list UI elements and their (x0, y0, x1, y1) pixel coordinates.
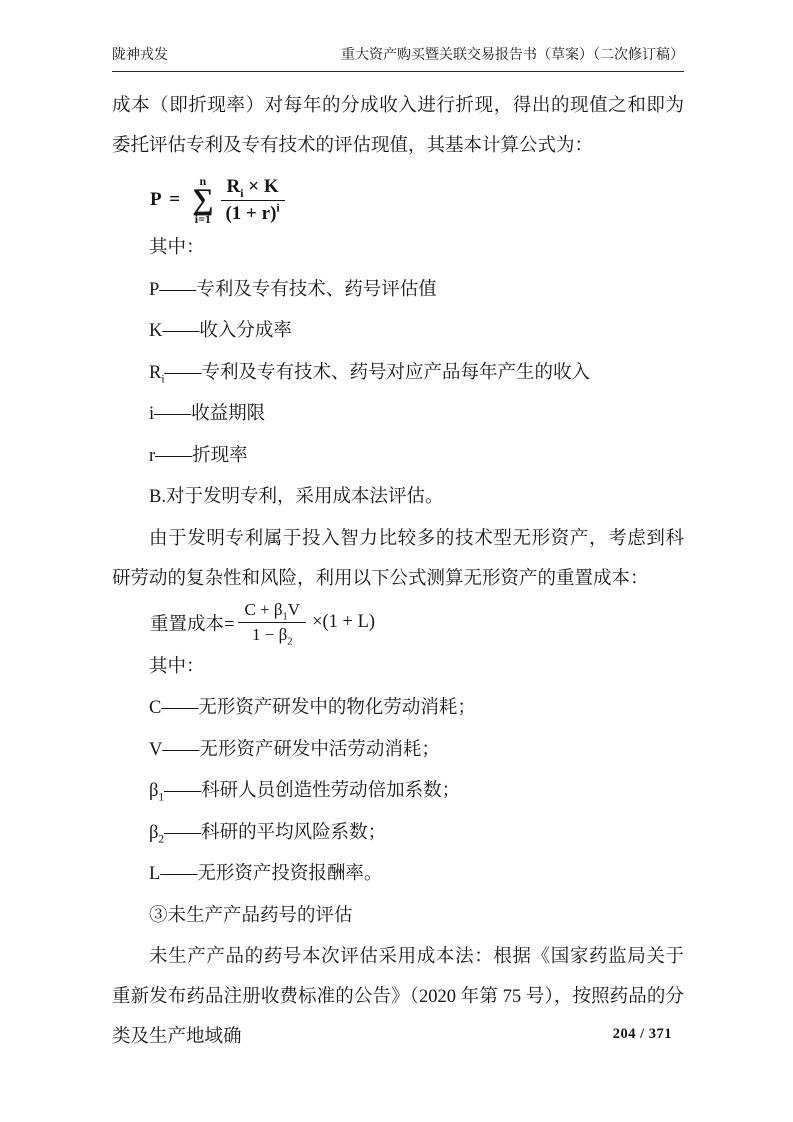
definition-item-K: K——收入分成率 (112, 311, 684, 353)
page-number: 204 / 371 (613, 1026, 672, 1043)
definition-item-beta1: β1——科研人员创造性劳动倍加系数； (112, 771, 684, 813)
definition-item-beta2: β2——科研的平均风险系数； (112, 813, 684, 855)
document-page: 陇神戎发 重大资产购买暨关联交易报告书（草案）（二次修订稿） 成本（即折现率）对… (0, 0, 793, 1122)
header-report-title: 重大资产购买暨关联交易报告书（草案）（二次修订稿） (341, 46, 684, 66)
summation-symbol: n ∑ i=1 (192, 175, 213, 225)
fraction: C + β1V 1 − β2 (238, 600, 306, 644)
definition-item-Ri: Ri——专利及专有技术、药号对应产品每年产生的收入 (112, 353, 684, 395)
sigma-icon: ∑ (192, 187, 213, 213)
item-B-cost-method: B.对于发明专利，采用成本法评估。 (112, 477, 684, 519)
formula-lhs: 重置成本= (150, 610, 234, 636)
formula-replacement-cost: 重置成本= C + β1V 1 − β2 ×(1 + L) (150, 599, 684, 647)
sum-lower-limit: i=1 (195, 213, 211, 225)
definition-item-i: i——收益期限 (112, 394, 684, 436)
definition-item-L: L——无形资产投资报酬率。 (112, 854, 684, 896)
formula-lhs: P = (150, 189, 182, 211)
paragraph-invention-patent: 由于发明专利属于投入智力比较多的技术型无形资产，考虑到科研劳动的复杂性和风险，利… (112, 519, 684, 599)
paragraph-discount-intro: 成本（即折现率）对每年的分成收入进行折现，得出的现值之和即为委托评估专利及专有技… (112, 86, 684, 166)
fraction-numerator: C + β1V (238, 600, 306, 623)
definition-item-r: r——折现率 (112, 436, 684, 478)
header-company-name: 陇神戎发 (112, 46, 168, 66)
page-header: 陇神戎发 重大资产购买暨关联交易报告书（草案）（二次修订稿） (112, 46, 684, 72)
where-label: 其中： (112, 647, 684, 689)
definition-item-C: C——无形资产研发中的物化劳动消耗； (112, 688, 684, 730)
section-heading-3: ③未生产产品药号的评估 (112, 896, 684, 938)
formula-patent-valuation: P = n ∑ i=1 Ri × K (1 + r)i (150, 172, 684, 228)
definition-item-V: V——无形资产研发中活劳动消耗； (112, 730, 684, 772)
paragraph-unproduced-drug: 未生产产品的药号本次评估采用成本法：根据《国家药监局关于重新发布药品注册收费标准… (112, 937, 684, 1057)
fraction-denominator: 1 − β2 (238, 623, 306, 645)
formula-rhs: ×(1 + L) (312, 612, 375, 633)
fraction-numerator: Ri × K (221, 176, 285, 201)
fraction: Ri × K (1 + r)i (221, 176, 285, 225)
where-label: 其中： (112, 228, 684, 270)
fraction-denominator: (1 + r)i (221, 201, 285, 225)
definition-item-P: P——专利及专有技术、药号评估值 (112, 270, 684, 312)
page-body: 成本（即折现率）对每年的分成收入进行折现，得出的现值之和即为委托评估专利及专有技… (112, 86, 684, 1057)
